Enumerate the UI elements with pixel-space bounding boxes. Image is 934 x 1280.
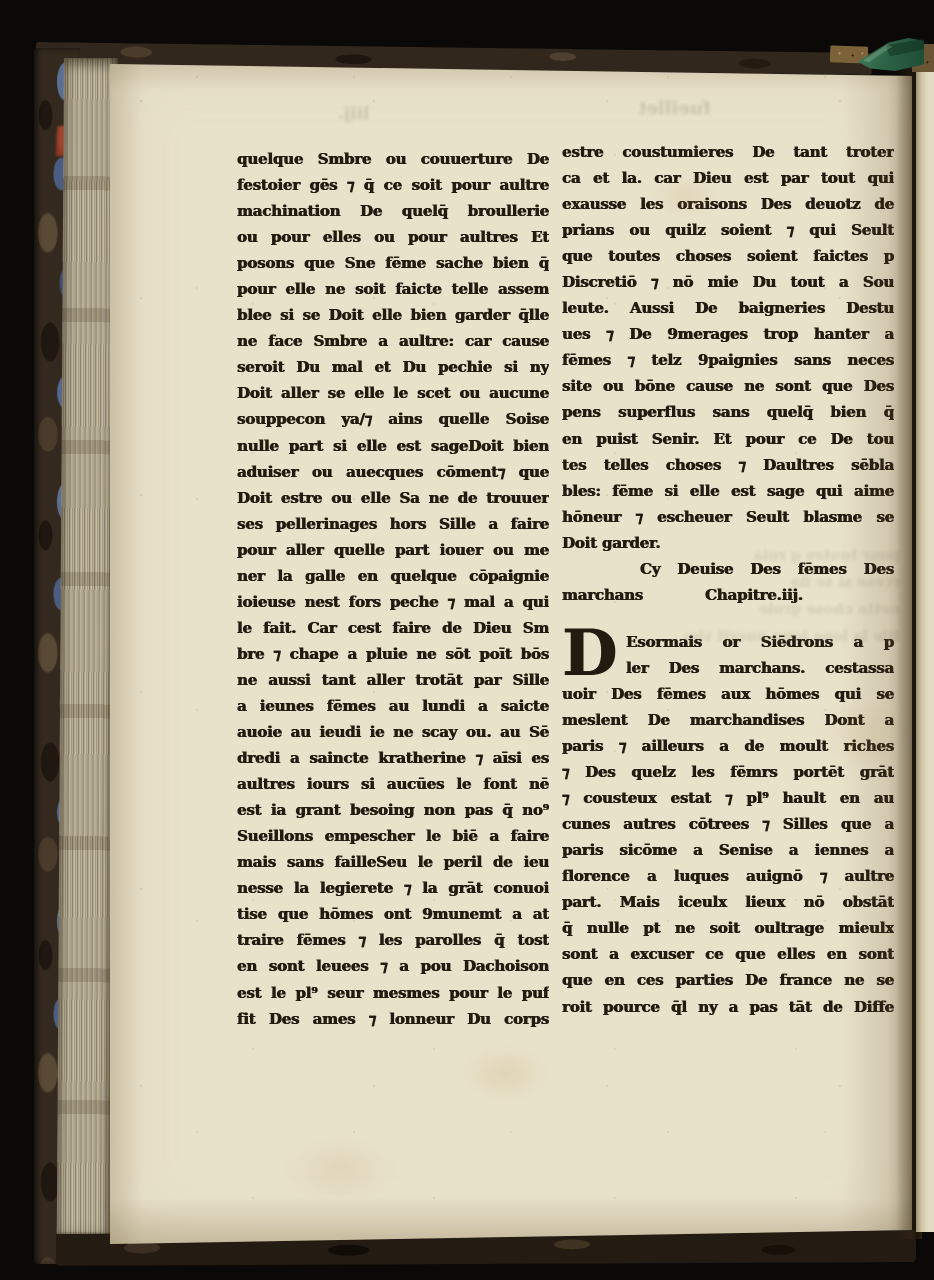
text-line: que en ces parties De france ne se <box>562 967 894 993</box>
drop-cap-initial: D <box>562 629 626 681</box>
text-line: en puist Senir. Et pour ce De tou <box>562 426 894 452</box>
text-line: mais sans failleSeu le peril de ieu <box>237 849 549 875</box>
text-line: leute. Aussi De baigneries Destu <box>562 295 894 321</box>
facing-page-edge <box>916 62 934 1232</box>
chapter-heading-line2: marchans Chapitre.iij. <box>562 582 894 608</box>
text-line: blee si se Doit elle bien garder q̄lle <box>237 302 549 328</box>
chapter-heading-word: marchans <box>562 582 643 608</box>
text-line: Sueillons empescher le biē a faire <box>237 823 549 849</box>
text-line: le fait. Car cest faire de Dieu Sm <box>237 615 549 641</box>
text-line: ou pour elles ou pour aultres Et <box>237 224 549 250</box>
page-stack-fore-edge <box>57 58 118 1246</box>
text-line: ler Des marchans. cestassa <box>626 655 894 681</box>
text-line: fit Des ames ⁊ lonneur Du corps <box>237 1006 549 1032</box>
text-line: pour aller quelle part iouer ou me <box>237 537 549 563</box>
text-line: Discretiō ⁊ nō mie Du tout a Sou <box>562 269 894 295</box>
book-photograph: liij. fueillet quelque Smbre ou couuertu… <box>0 0 934 1280</box>
text-line: ne aussi tant aller trotāt par Sille <box>237 667 549 693</box>
text-line: Esormais or Siēdrons a p <box>626 629 894 655</box>
text-line: ner la galle en quelque cōpaignie <box>237 563 549 589</box>
text-line: hōneur ⁊ escheuer Seult blasme se <box>562 504 894 530</box>
text-line: ses pellerinages hors Sille a faire <box>237 511 549 537</box>
text-line: seroit Du mal et Du pechie si ny <box>237 354 549 380</box>
text-line: a ieunes fēmes au lundi a saicte <box>237 693 549 719</box>
text-line: est ia grant besoing non pas q̄ no⁹ <box>237 797 549 823</box>
text-line: q̄ nulle pt ne soit oultrage mieulx <box>562 915 894 941</box>
page-stain <box>280 1134 400 1204</box>
text-column-right: estre coustumieres De tant troterca et l… <box>562 139 894 1020</box>
text-line: aduiser ou auecques cōment⁊ que <box>237 459 549 485</box>
text-line: festoier gēs ⁊ q̄ ce soit pour aultre <box>237 172 549 198</box>
folio-show-through: liij. <box>338 104 369 124</box>
text-line: quelque Smbre ou couuerture De <box>237 146 549 172</box>
text-line: en sont leuees ⁊ a pou Dachoison <box>237 953 549 979</box>
text-line: paris sicōme a Senise a iennes a <box>562 837 894 863</box>
text-line: bles: fēme si elle est sage qui aime <box>562 478 894 504</box>
text-line: cunes autres cōtrees ⁊ Silles que a <box>562 811 894 837</box>
text-line: ⁊ Des quelz les fēmrs portēt grāt <box>562 759 894 785</box>
paragraph-2-body-lines: uoir Des fēmes aux hōmes qui semeslent D… <box>562 681 894 1020</box>
text-line: meslent De marchandises Dont a <box>562 707 894 733</box>
text-line: ioieuse nest fors peche ⁊ mal a qui <box>237 589 549 615</box>
chapter-heading-line1: Cy Deuise Des fēmes Des <box>562 556 894 582</box>
text-line: ne face Smbre a aultre: car cause <box>237 328 549 354</box>
text-line: Doit aller se elle le scet ou aucune <box>237 380 549 406</box>
text-column-left: quelque Smbre ou couuerture Defestoier g… <box>237 146 549 1032</box>
text-line: part. Mais iceulx lieux nō obstāt <box>562 889 894 915</box>
text-line: pour elle ne soit faicte telle assem <box>237 276 549 302</box>
header-show-through: fueillet <box>638 98 711 119</box>
text-line: Doit estre ou elle Sa ne de trouuer <box>237 485 549 511</box>
text-line: pens superflus sans quelq̄ bien q̄ <box>562 399 894 425</box>
text-line: aultres iours si aucūes le font nē <box>237 771 549 797</box>
text-line: ⁊ cousteux estat ⁊ pl⁹ hault en au <box>562 785 894 811</box>
book-page: liij. fueillet quelque Smbre ou couuertu… <box>110 54 912 1246</box>
text-line: sont a excuser ce que elles en sont <box>562 941 894 967</box>
text-line: machination De quelq̄ broullerie <box>237 198 549 224</box>
text-line: ues ⁊ De 9merages trop hanter a <box>562 321 894 347</box>
chapter-number: Chapitre.iij. <box>705 582 803 608</box>
text-line: dredi a saincte kratherine ⁊ aīsi es <box>237 745 549 771</box>
bookmark-ribbon <box>858 38 924 71</box>
text-line: est le pl⁹ seur mesmes pour le puf <box>237 980 549 1006</box>
text-line: posons que Sne fēme sache bien q̄ <box>237 250 549 276</box>
text-line: bre ⁊ chape a pluie ne sōt poīt bōs <box>237 641 549 667</box>
text-line: site ou bōne cause ne sont que Des <box>562 373 894 399</box>
text-line: estre coustumieres De tant troter <box>562 139 894 165</box>
text-line: nesse la legierete ⁊ la grāt conuoi <box>237 875 549 901</box>
page-stain <box>460 1044 550 1104</box>
text-line: nulle part si elle est sageDoit bien <box>237 433 549 459</box>
text-line: ca et la. car Dieu est par tout qui <box>562 165 894 191</box>
paragraph-2: D Esormais or Siēdrons a pler Des marcha… <box>562 629 894 1020</box>
text-line: prians ou quilz soient ⁊ qui Seult <box>562 217 894 243</box>
text-line: que toutes choses soient faictes p <box>562 243 894 269</box>
text-line: roit pource q̄l ny a pas tāt de Diffe <box>562 994 894 1020</box>
text-line: uoir Des fēmes aux hōmes qui se <box>562 681 894 707</box>
paragraph-1: estre coustumieres De tant troterca et l… <box>562 139 894 530</box>
text-line: traire fēmes ⁊ les parolles q̄ tost <box>237 927 549 953</box>
text-line: paris ⁊ ailleurs a de moult riches <box>562 733 894 759</box>
text-line: tise que hōmes ont 9munemt a at <box>237 901 549 927</box>
text-line: exausse les oraisons Des deuotz de <box>562 191 894 217</box>
text-line: souppecon ya/⁊ ains quelle Soise <box>237 406 549 432</box>
text-line: auoie au ieudi ie ne scay ou. au Sē <box>237 719 549 745</box>
paragraph-1-last-line: Doit garder. <box>562 530 894 556</box>
text-line: florence a luques auignō ⁊ aultre <box>562 863 894 889</box>
text-line: tes telles choses ⁊ Daultres sēbla <box>562 452 894 478</box>
text-line: fēmes ⁊ telz 9paignies sans neces <box>562 347 894 373</box>
